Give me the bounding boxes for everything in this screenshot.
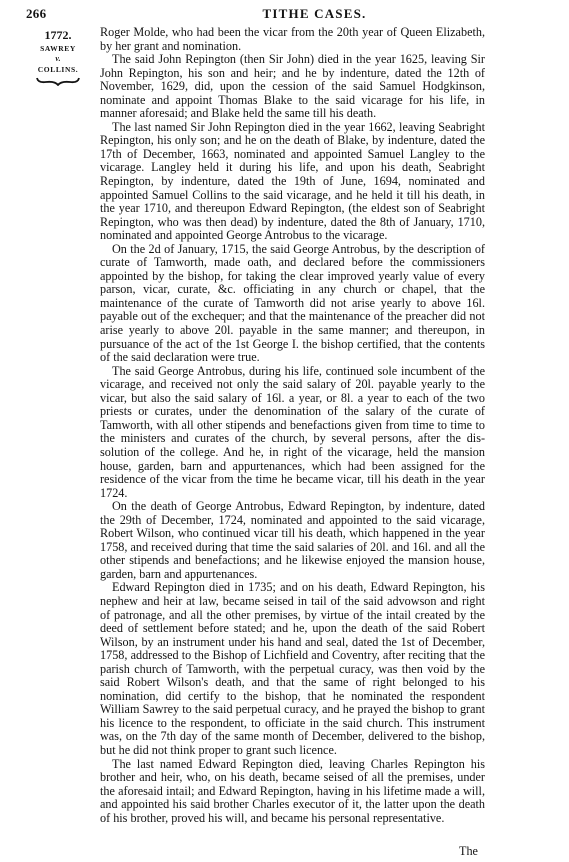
paragraph: On the death of George Antrobus, Edward …	[100, 500, 485, 581]
margin-party-2: COLLINS.	[28, 64, 88, 75]
paragraph: The last named Sir John Repington died i…	[100, 121, 485, 243]
margin-versus: v.	[28, 54, 88, 64]
catchword: The	[459, 844, 478, 859]
paragraph: The said George Antrobus, during his lif…	[100, 365, 485, 500]
margin-year: 1772.	[28, 28, 88, 43]
paragraph: The last named Edward Repington died, le…	[100, 758, 485, 826]
paragraph: Roger Molde, who had been the vicar from…	[100, 26, 485, 53]
paragraph: The said John Repington (then Sir John) …	[100, 53, 485, 121]
paragraph: Edward Repington died in 1735; and on hi…	[100, 581, 485, 757]
margin-party-1: SAWREY	[28, 43, 88, 54]
margin-note: 1772. SAWREY v. COLLINS.	[28, 28, 88, 86]
body-text: Roger Molde, who had been the vicar from…	[100, 26, 485, 825]
paragraph: On the 2d of January, 1715, the said Geo…	[100, 243, 485, 365]
curly-brace-icon	[36, 77, 80, 86]
running-title: TITHE CASES.	[0, 6, 569, 22]
